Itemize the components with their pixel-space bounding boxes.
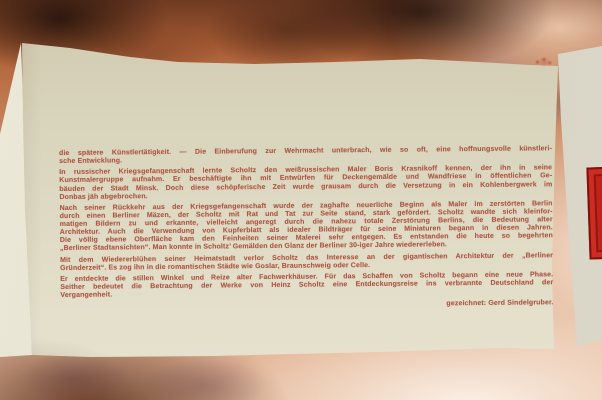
red-stamp [586,166,602,259]
photo-of-booklet: die spätere Künstlertätigkeit. — Die Ein… [0,0,602,400]
red-ornament [531,55,557,68]
biography-text: die spätere Künstlertätigkeit. — Die Ein… [59,145,554,311]
